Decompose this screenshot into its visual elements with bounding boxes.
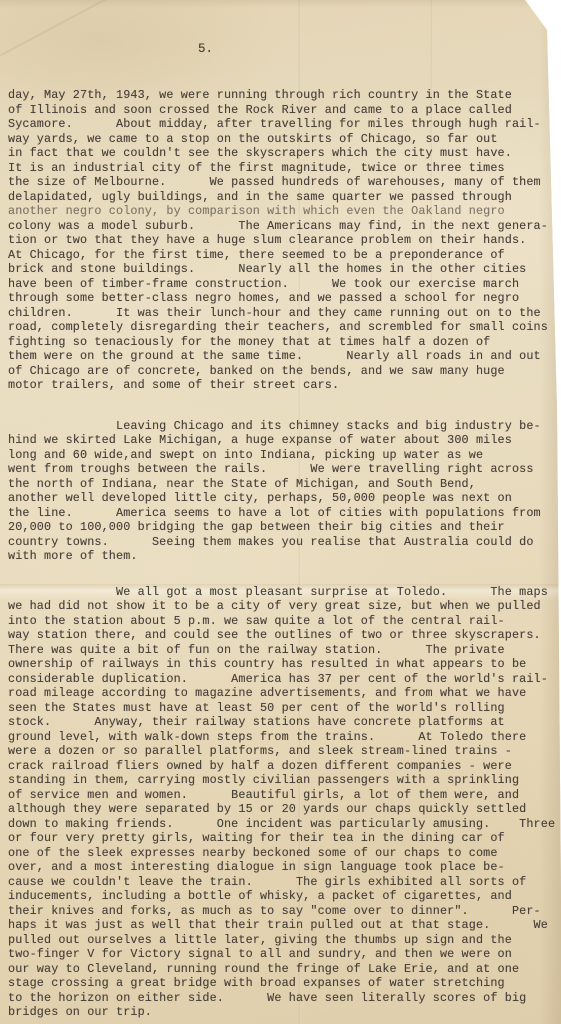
text-line: two-finger V for Victory signal to all a… [8, 947, 556, 962]
text-line: standing in them, carrying mostly civili… [8, 773, 556, 788]
text-line: way station there, and could see the out… [8, 628, 556, 643]
text-line: over, and a most interesting dialogue in… [8, 860, 556, 875]
text-line: motor trailers, and some of their street… [8, 378, 556, 393]
text-line: bridges on our trip. [8, 1005, 556, 1020]
text-line: pulled out ourselves a little later, giv… [8, 933, 556, 948]
text-line: day, May 27th, 1943, we were running thr… [8, 88, 556, 103]
paragraph: day, May 27th, 1943, we were running thr… [8, 88, 556, 393]
text-line: road, completely disregarding their teac… [8, 320, 556, 335]
text-line: There was quite a bit of fun on the rail… [8, 643, 556, 658]
text-line: Leaving Chicago and its chimney stacks a… [8, 419, 556, 434]
text-line: cause we couldn't leave the train. The g… [8, 875, 556, 890]
text-line: fighting so tenaciously for the money th… [8, 335, 556, 350]
paragraph: Leaving Chicago and its chimney stacks a… [8, 419, 556, 564]
text-line: delapidated, ugly buildings, and in the … [8, 190, 556, 205]
document-page: 5. day, May 27th, 1943, we were running … [0, 0, 561, 1024]
text-line: long and 60 wide,and swept on into India… [8, 448, 556, 463]
text-line: ground level, with walk-down steps from … [8, 730, 556, 745]
text-line: of service men and women. Beautiful girl… [8, 788, 556, 803]
text-line: down to making friends. One incident was… [8, 817, 556, 832]
text-line: considerable duplication. America has 37… [8, 672, 556, 687]
text-line: the line. America seems to have a lot of… [8, 506, 556, 521]
text-line: of Illinois and soon crossed the Rock Ri… [8, 103, 556, 118]
text-line: way yards, we came to a stop on the outs… [8, 132, 556, 147]
text-line: ownership of railways in this country ha… [8, 657, 556, 672]
text-line: seen the States must have at least 50 pe… [8, 701, 556, 716]
text-line: went from troughs between the rails. We … [8, 462, 556, 477]
text-line: inducements, including a bottle of whisk… [8, 889, 556, 904]
text-line: our way to Cleveland, running round the … [8, 962, 556, 977]
text-line: road mileage according to magazine adver… [8, 686, 556, 701]
text-line: At Chicago, for the first time, there se… [8, 248, 556, 263]
text-line: with more of them. [8, 549, 556, 564]
text-line: Sycamore. About midday, after travelling… [8, 117, 556, 132]
text-line: have been of timber-frame construction. … [8, 277, 556, 292]
text-line: although they were separated by 15 or 20… [8, 802, 556, 817]
page-number: 5. [198, 42, 213, 56]
text-line: country towns. Seeing them makes you rea… [8, 535, 556, 550]
text-line: of Chicago are of concrete, banked on th… [8, 364, 556, 379]
document-text: day, May 27th, 1943, we were running thr… [8, 88, 556, 1020]
paper-top-shadow [0, 0, 561, 8]
text-line: them were on the ground at the same time… [8, 349, 556, 364]
text-line: brick and stone buildings. Nearly all th… [8, 262, 556, 277]
text-line: or four very pretty girls, waiting for t… [8, 831, 556, 846]
text-line: children. It was their lunch-hour and th… [8, 306, 556, 321]
text-line: to the horizon on either side. We have s… [8, 991, 556, 1006]
text-line: 20,000 to 100,000 bridging the gap betwe… [8, 520, 556, 535]
text-line: were a dozen or so parallel platforms, a… [8, 744, 556, 759]
text-line: tion or two that they have a huge slum c… [8, 233, 556, 248]
text-line: another well developed little city, perh… [8, 491, 556, 506]
text-line: crack railroad fliers owned by half a do… [8, 759, 556, 774]
text-line: their knives and forks, as much as to sa… [8, 904, 556, 919]
text-line: hind we skirted Lake Michigan, a huge ex… [8, 433, 556, 448]
text-line: the size of Melbourne. We passed hundred… [8, 175, 556, 190]
text-line: stock. Anyway, their railway stations ha… [8, 715, 556, 730]
text-line: we had did not show it to be a city of v… [8, 599, 556, 614]
scanned-document: 5. day, May 27th, 1943, we were running … [0, 0, 561, 1024]
text-line: in fact that we couldn't see the skyscra… [8, 146, 556, 161]
paragraph: We all got a most pleasant surprise at T… [8, 585, 556, 1020]
paper-crease-corner [0, 0, 121, 67]
text-line: colony was a model suburb. The Americans… [8, 219, 556, 234]
text-line: the north of Indiana, near the State of … [8, 477, 556, 492]
text-line: We all got a most pleasant surprise at T… [8, 585, 556, 600]
text-line: another negro colony, by comparison with… [8, 204, 556, 219]
text-line: one of the sleek expresses nearby beckon… [8, 846, 556, 861]
text-line: It is an industrial city of the first ma… [8, 161, 556, 176]
text-line: through some better-class negro homes, a… [8, 291, 556, 306]
text-line: haps it was just as well that their trai… [8, 918, 556, 933]
text-line: stage crossing a great bridge with broad… [8, 976, 556, 991]
text-line: into the station about 5 p.m. we saw qui… [8, 614, 556, 629]
